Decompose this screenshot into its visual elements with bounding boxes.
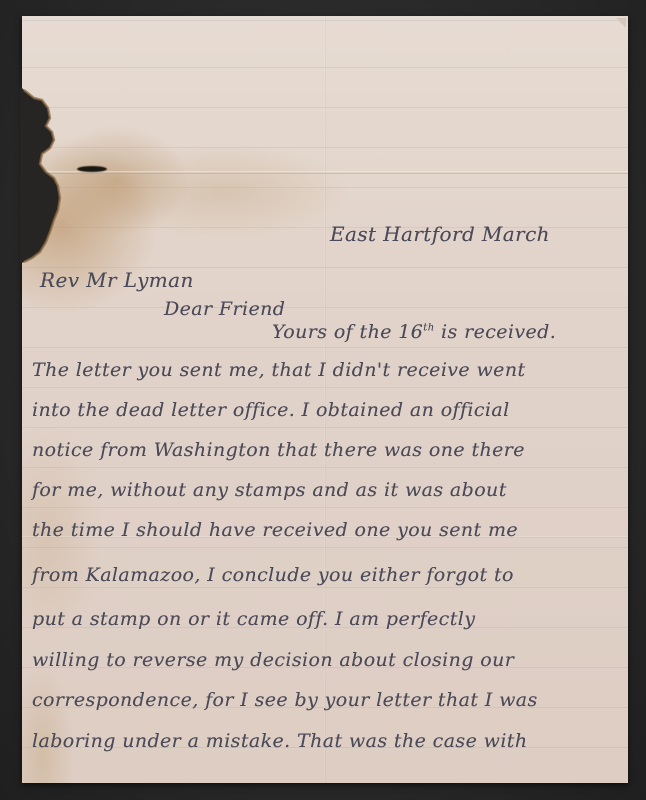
opening-prefix: Yours of the 16: [272, 321, 423, 343]
salutation-greeting: Dear Friend: [164, 298, 285, 320]
body-line-7: put a stamp on or it came off. I am perf…: [32, 608, 475, 630]
dog-ear-corner: [616, 18, 626, 28]
salutation-name: Rev Mr Lyman: [40, 268, 194, 292]
scorch-mark: [77, 166, 107, 172]
body-line-1: The letter you sent me, that I didn't re…: [32, 359, 526, 381]
dateline: East Hartford March: [330, 222, 550, 246]
ordinal-superscript: th: [423, 323, 434, 334]
body-line-8: willing to reverse my decision about clo…: [32, 649, 514, 671]
body-line-9: correspondence, for I see by your letter…: [32, 689, 538, 711]
letter-page: East Hartford March Rev Mr Lyman Dear Fr…: [22, 16, 628, 783]
opening-suffix: is received.: [441, 321, 556, 343]
body-line-3: notice from Washington that there was on…: [32, 439, 525, 461]
body-line-6: from Kalamazoo, I conclude you either fo…: [32, 564, 514, 586]
body-line-4: for me, without any stamps and as it was…: [32, 479, 507, 501]
body-line-2: into the dead letter office. I obtained …: [32, 399, 510, 421]
burned-edge-damage: [20, 86, 72, 266]
opening-line: Yours of the 16th is received.: [272, 321, 556, 343]
body-line-10: laboring under a mistake. That was the c…: [32, 730, 527, 752]
body-line-5: the time I should have received one you …: [32, 519, 518, 541]
